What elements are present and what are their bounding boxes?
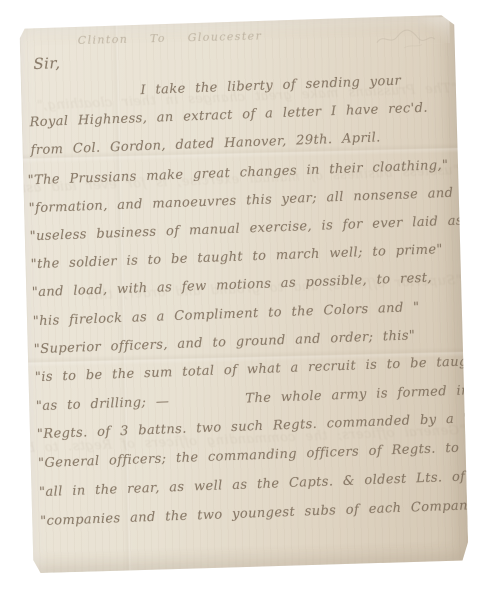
handwriting-line: "Superior officers, and to ground and or… [34,328,416,357]
letter-paper: "The Prussians make great changes in the… [19,15,468,573]
handwriting-line: from Col. Gordon, dated Hanover, 29th. A… [30,130,381,158]
handwriting-line: Royal Highness, an extract of a letter I… [29,101,428,131]
handwriting-line: "Regts. of 3 battns. two such Regts. com… [37,411,471,442]
handwriting-line: "companies and the two youngest subs of … [40,498,484,530]
handwriting-line: "all in the rear, as well as the Capts. … [39,469,482,500]
handwriting-line: "is to be the sum total of what a recrui… [35,354,484,386]
photo-backdrop: "The Prussians make great changes in the… [0,0,484,600]
salutation: Sir, [33,54,61,73]
handwriting-line: "the soldier is to be taught to march we… [31,242,444,272]
handwriting-line: "his firelock as a Compliment to the Col… [33,300,420,329]
handwriting-line: "and load, with as few motions as possib… [32,271,433,301]
handwriting-line: I take the liberty of sending your [140,74,401,99]
handwriting-block: Sir, I take the liberty of sending your … [26,10,470,573]
handwriting-line: "The Prussians make great changes in the… [27,158,448,188]
handwriting-line: "as to drilling; — The whole army is for… [36,382,484,414]
handwriting-line: "General officers; the commanding office… [38,439,484,471]
handwriting-line: "useless business of manual exercise, is… [29,212,484,244]
handwriting-line: "formation, and manoeuvres this year; al… [28,186,453,217]
